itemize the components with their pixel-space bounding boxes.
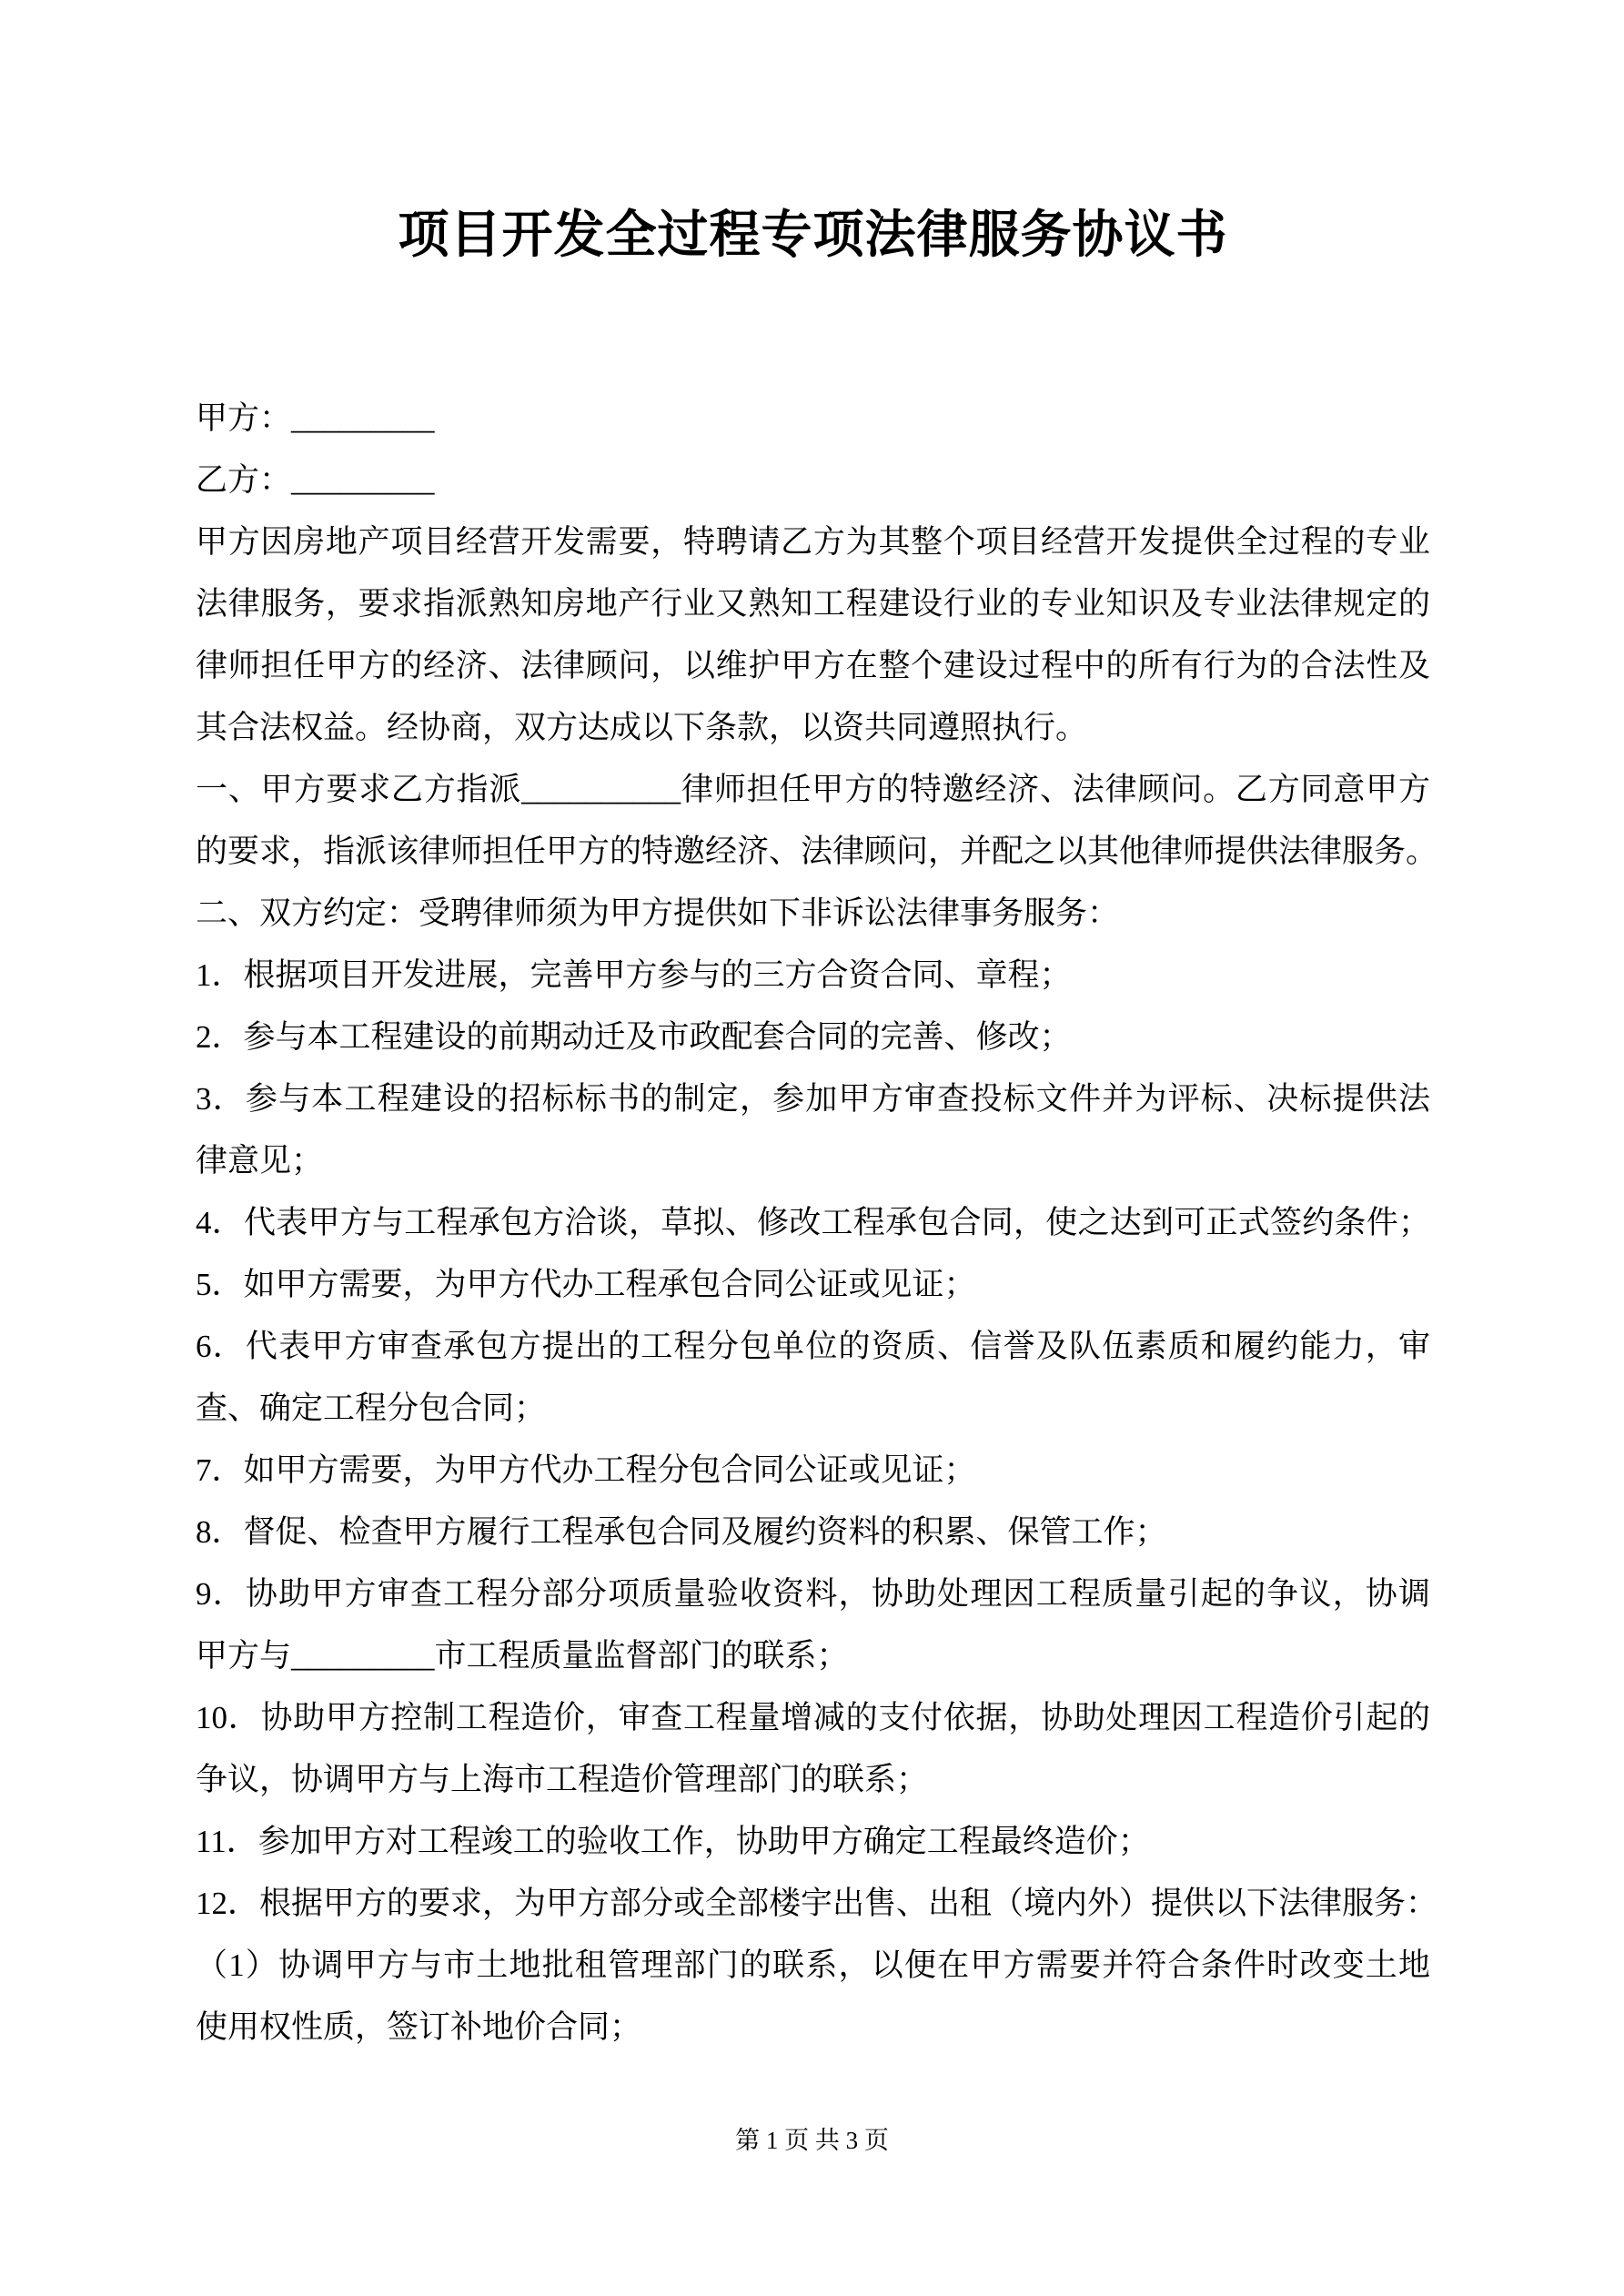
page-number-footer: 第 1 页 共 3 页 xyxy=(0,2120,1624,2160)
line-item-1: 1．根据项目开发进展，完善甲方参与的三方合资合同、章程； xyxy=(196,945,1430,1006)
line-preamble-1: 甲方因房地产项目经营开发需要，特聘请乙方为其整个项目经营开发提供全过程的专业 xyxy=(196,511,1430,573)
line-party-b: 乙方：_________ xyxy=(196,450,1430,511)
line-clause-1a: 一、甲方要求乙方指派__________律师担任甲方的特邀经济、法律顾问。乙方同… xyxy=(196,759,1430,821)
line-item-12: 12．根据甲方的要求，为甲方部分或全部楼宇出售、出租（境内外）提供以下法律服务： xyxy=(196,1873,1430,1935)
line-preamble-3: 律师担任甲方的经济、法律顾问，以维护甲方在整个建设过程中的所有行为的合法性及 xyxy=(196,635,1430,697)
line-item-6b: 查、确定工程分包合同； xyxy=(196,1378,1430,1440)
line-item-9a: 9．协助甲方审查工程分部分项质量验收资料，协助处理因工程质量引起的争议，协调 xyxy=(196,1563,1430,1625)
document-page: 项目开发全过程专项法律服务协议书 甲方：_________ 乙方：_______… xyxy=(0,0,1624,2296)
line-item-3a: 3．参与本工程建设的招标标书的制定，参加甲方审查投标文件并为评标、决标提供法 xyxy=(196,1068,1430,1130)
line-item-8: 8．督促、检查甲方履行工程承包合同及履约资料的积累、保管工作； xyxy=(196,1502,1430,1563)
line-item-12-sub1a: （1）协调甲方与市土地批租管理部门的联系，以便在甲方需要并符合条件时改变土地 xyxy=(196,1935,1430,1997)
document-title: 项目开发全过程专项法律服务协议书 xyxy=(196,195,1430,277)
line-item-2: 2．参与本工程建设的前期动迁及市政配套合同的完善、修改； xyxy=(196,1006,1430,1068)
line-item-10a: 10．协助甲方控制工程造价，审查工程量增减的支付依据，协助处理因工程造价引起的 xyxy=(196,1687,1430,1749)
line-item-11: 11．参加甲方对工程竣工的验收工作，协助甲方确定工程最终造价； xyxy=(196,1811,1430,1873)
line-item-3b: 律意见； xyxy=(196,1130,1430,1192)
line-item-10b: 争议，协调甲方与上海市工程造价管理部门的联系； xyxy=(196,1749,1430,1811)
line-preamble-4: 其合法权益。经协商，双方达成以下条款，以资共同遵照执行。 xyxy=(196,697,1430,759)
line-item-4: 4．代表甲方与工程承包方洽谈，草拟、修改工程承包合同，使之达到可正式签约条件； xyxy=(196,1192,1430,1254)
line-party-a: 甲方：_________ xyxy=(196,388,1430,450)
line-item-6a: 6．代表甲方审查承包方提出的工程分包单位的资质、信誉及队伍素质和履约能力，审 xyxy=(196,1316,1430,1378)
line-item-12-sub1b: 使用权性质，签订补地价合同； xyxy=(196,1997,1430,2058)
line-preamble-2: 法律服务，要求指派熟知房地产行业又熟知工程建设行业的专业知识及专业法律规定的 xyxy=(196,573,1430,635)
line-item-9b: 甲方与_________市工程质量监督部门的联系； xyxy=(196,1625,1430,1687)
line-item-7: 7．如甲方需要，为甲方代办工程分包合同公证或见证； xyxy=(196,1440,1430,1502)
document-body: 甲方：_________ 乙方：_________ 甲方因房地产项目经营开发需要… xyxy=(196,388,1430,2058)
line-item-5: 5．如甲方需要，为甲方代办工程承包合同公证或见证； xyxy=(196,1254,1430,1316)
line-clause-2: 二、双方约定：受聘律师须为甲方提供如下非诉讼法律事务服务： xyxy=(196,883,1430,945)
line-clause-1b: 的要求，指派该律师担任甲方的特邀经济、法律顾问，并配之以其他律师提供法律服务。 xyxy=(196,821,1430,883)
